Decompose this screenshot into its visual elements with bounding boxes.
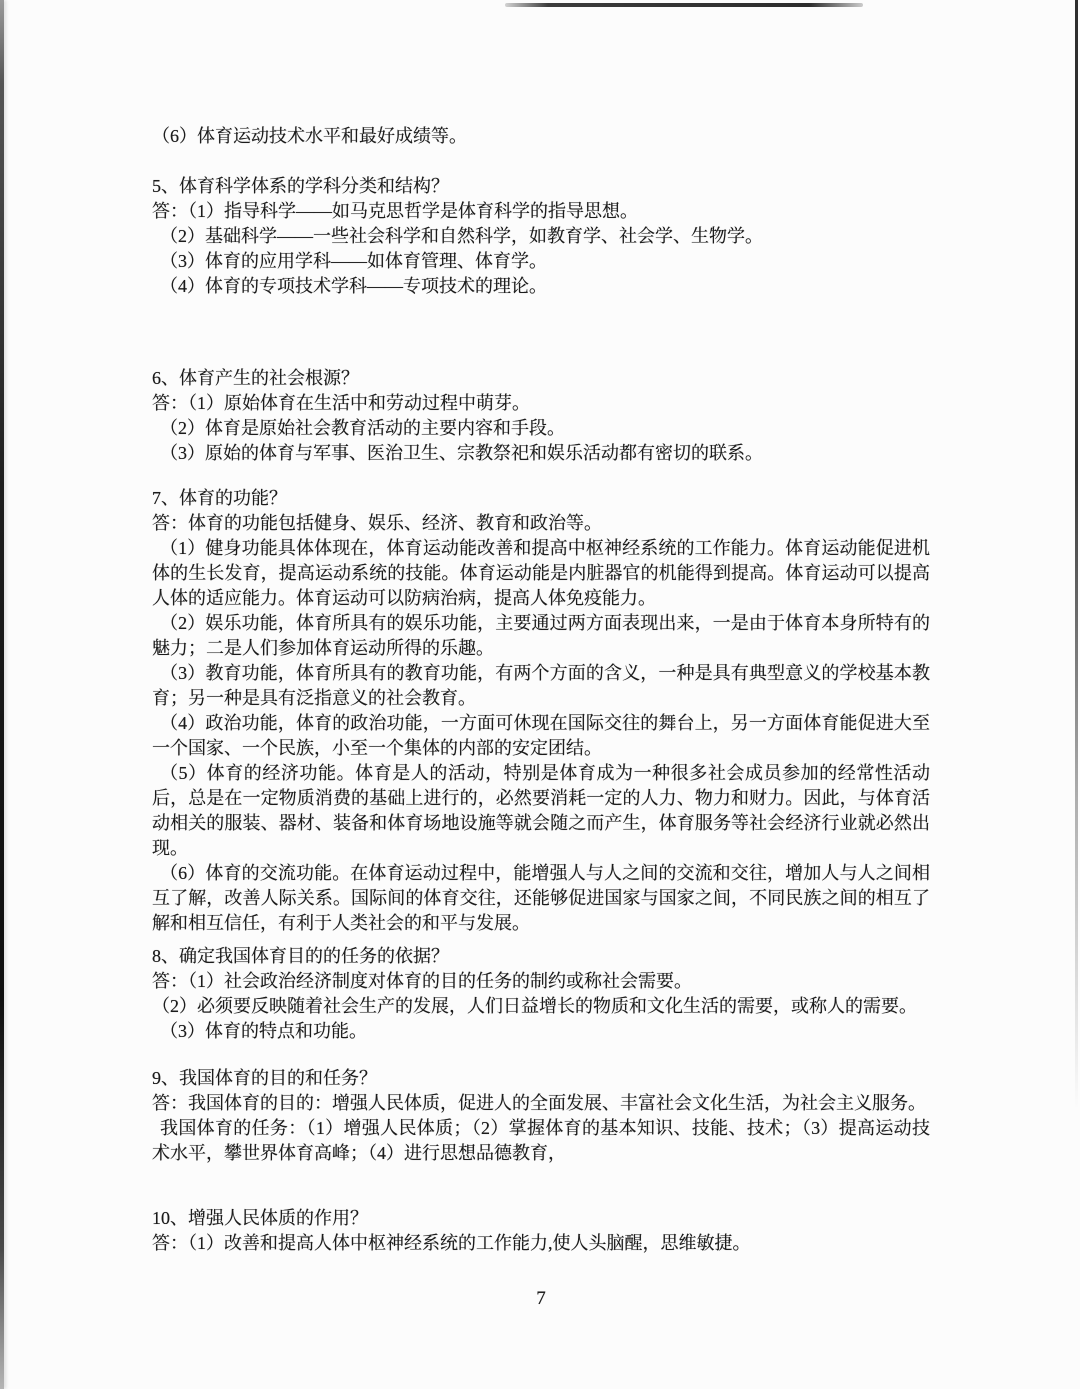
answer-paragraph: （5）体育的经济功能。体育是人的活动，特别是体育成为一种很多社会成员参加的经常性… [152, 761, 930, 861]
answer-paragraph: （6）体育的交流功能。在体育运动过程中，能增强人与人之间的交流和交往，增加人与人… [152, 861, 930, 936]
scanned-page: （6）体育运动技术水平和最好成绩等。 5、体育科学体系的学科分类和结构？ 答：（… [0, 0, 1080, 1389]
question-title: 5、体育科学体系的学科分类和结构？ [152, 174, 930, 199]
question-title: 9、我国体育的目的和任务？ [152, 1066, 930, 1091]
section-q5: 5、体育科学体系的学科分类和结构？ 答：（1）指导科学——如马克思哲学是体育科学… [152, 174, 930, 299]
answer-line: 答：（1）改善和提高人体中枢神经系统的工作能力,使人头脑醒，思维敏捷。 [152, 1231, 930, 1256]
answer-line: （4）体育的专项技术学科——专项技术的理论。 [152, 274, 930, 299]
answer-line: 答：体育的功能包括健身、娱乐、经济、教育和政治等。 [152, 511, 930, 536]
answer-paragraph: （1）健身功能具体体现在，体育运动能改善和提高中枢神经系统的工作能力。体育运动能… [152, 536, 930, 611]
intro-paragraph: （6）体育运动技术水平和最好成绩等。 [152, 124, 930, 149]
scan-artifact-right-edge [1075, 0, 1078, 1110]
answer-line: （2）基础科学——一些社会科学和自然科学，如教育学、社会学、生物学。 [152, 224, 930, 249]
question-title: 7、体育的功能？ [152, 486, 930, 511]
answer-paragraph: 答：我国体育的目的：增强人民体质，促进人的全面发展、丰富社会文化生活，为社会主义… [152, 1091, 930, 1116]
answer-paragraph: （3）教育功能，体育所具有的教育功能，有两个方面的含义，一种是具有典型意义的学校… [152, 661, 930, 711]
page-number: 7 [152, 1286, 930, 1311]
answer-paragraph: 我国体育的任务：（1）增强人民体质；（2）掌握体育的基本知识、技能、技术；（3）… [152, 1116, 930, 1166]
answer-line: 答：（1）社会政治经济制度对体育的目的任务的制约或称社会需要。 [152, 969, 930, 994]
scan-artifact-top-line [505, 3, 863, 7]
answer-line: （3）原始的体育与军事、医治卫生、宗教祭祀和娱乐活动都有密切的联系。 [152, 441, 930, 466]
section-q9: 9、我国体育的目的和任务？ 答：我国体育的目的：增强人民体质，促进人的全面发展、… [152, 1066, 930, 1166]
answer-line: 答：（1）指导科学——如马克思哲学是体育科学的指导思想。 [152, 199, 930, 224]
question-title: 6、体育产生的社会根源？ [152, 366, 930, 391]
section-q8: 8、确定我国体育目的的任务的依据？ 答：（1）社会政治经济制度对体育的目的任务的… [152, 944, 930, 1044]
orphan-line: （6）体育运动技术水平和最好成绩等。 [152, 124, 930, 149]
answer-line: （3）体育的应用学科——如体育管理、体育学。 [152, 249, 930, 274]
question-title: 10、增强人民体质的作用？ [152, 1206, 930, 1231]
answer-paragraph: （2）娱乐功能，体育所具有的娱乐功能，主要通过两方面表现出来，一是由于体育本身所… [152, 611, 930, 661]
question-title: 8、确定我国体育目的的任务的依据？ [152, 944, 930, 969]
answer-line: （2）体育是原始社会教育活动的主要内容和手段。 [152, 416, 930, 441]
answer-line: （2）必须要反映随着社会生产的发展，人们日益增长的物质和文化生活的需要，或称人的… [152, 994, 930, 1019]
section-q7: 7、体育的功能？ 答：体育的功能包括健身、娱乐、经济、教育和政治等。 （1）健身… [152, 486, 930, 936]
section-q6: 6、体育产生的社会根源？ 答：（1）原始体育在生活中和劳动过程中萌芽。 （2）体… [152, 366, 930, 466]
scan-artifact-left-edge [0, 0, 4, 1389]
answer-line: 答：（1）原始体育在生活中和劳动过程中萌芽。 [152, 391, 930, 416]
answer-paragraph: （4）政治功能，体育的政治功能，一方面可休现在国际交往的舞台上，另一方面体育能促… [152, 711, 930, 761]
section-q10: 10、增强人民体质的作用？ 答：（1）改善和提高人体中枢神经系统的工作能力,使人… [152, 1206, 930, 1256]
answer-line: （3）体育的特点和功能。 [152, 1019, 930, 1044]
